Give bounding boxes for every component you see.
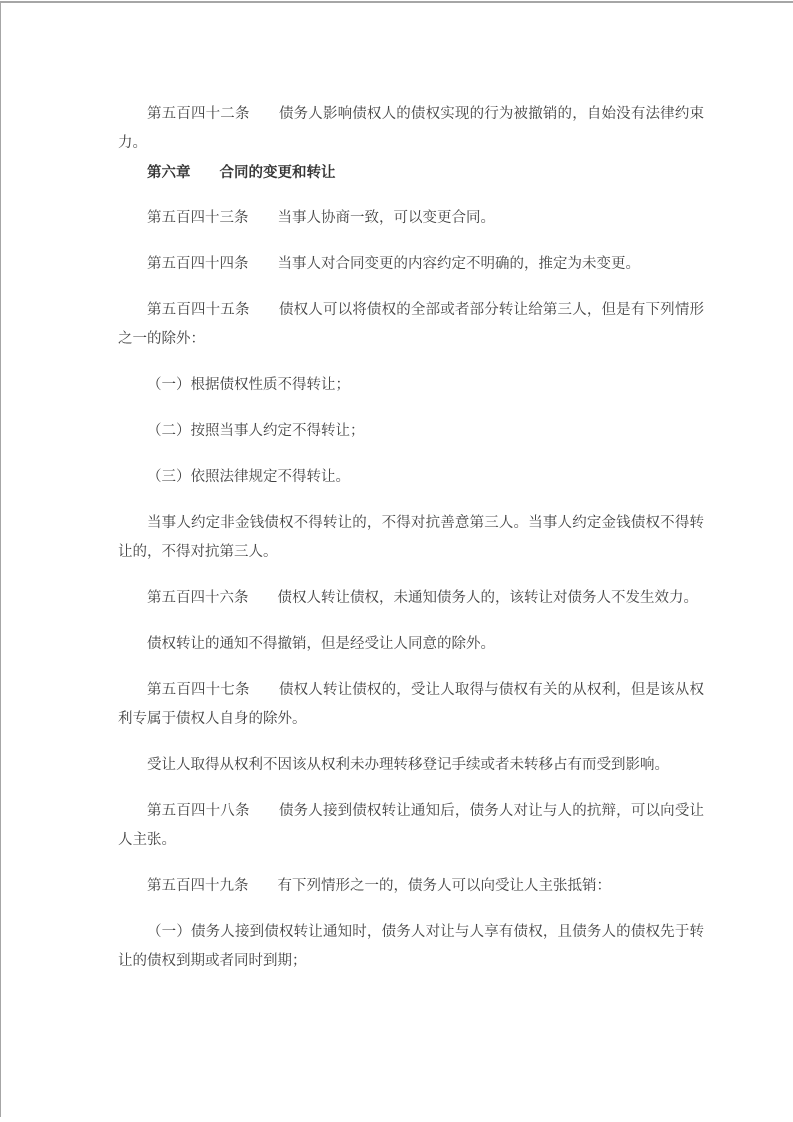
list-item-paragraph: （一）债务人接到债权转让通知时，债务人对让与人享有债权，且债务人的债权先于转让的… [118,918,704,976]
article-paragraph: 第五百四十八条 债务人接到债权转让通知后，债务人对让与人的抗辩，可以向受让人主张… [118,797,704,855]
body-paragraph: 当事人约定非金钱债权不得转让的，不得对抗善意第三人。当事人约定金钱债权不得转让的… [118,509,704,567]
article-paragraph: 第五百四十五条 债权人可以将债权的全部或者部分转让给第三人，但是有下列情形之一的… [118,296,704,354]
article-paragraph: 第五百四十七条 债权人转让债权的，受让人取得与债权有关的从权利，但是该从权利专属… [118,676,704,734]
document-body: 第五百四十二条 债务人影响债权人的债权实现的行为被撤销的，自始没有法律约束力。第… [118,100,704,993]
article-paragraph: 第五百四十二条 债务人影响债权人的债权实现的行为被撤销的，自始没有法律约束力。 [118,100,704,158]
article-paragraph: 第五百四十六条 债权人转让债权，未通知债务人的，该转让对债务人不发生效力。 [118,584,704,613]
page-left-edge-line [0,1,1,1117]
page-top-edge-line [0,1,793,3]
article-paragraph: 第五百四十三条 当事人协商一致，可以变更合同。 [118,204,704,233]
list-item-paragraph: （二）按照当事人约定不得转让； [118,417,704,446]
body-paragraph: 债权转让的通知不得撤销，但是经受让人同意的除外。 [118,630,704,659]
list-item-paragraph: （一）根据债权性质不得转让； [118,371,704,400]
article-paragraph: 第五百四十九条 有下列情形之一的，债务人可以向受让人主张抵销： [118,872,704,901]
document-page: 第五百四十二条 债务人影响债权人的债权实现的行为被撤销的，自始没有法律约束力。第… [0,0,793,1122]
chapter-heading: 第六章 合同的变更和转让 [118,158,704,187]
list-item-paragraph: （三）依照法律规定不得转让。 [118,463,704,492]
article-paragraph: 第五百四十四条 当事人对合同变更的内容约定不明确的，推定为未变更。 [118,250,704,279]
body-paragraph: 受让人取得从权利不因该从权利未办理转移登记手续或者未转移占有而受到影响。 [118,751,704,780]
